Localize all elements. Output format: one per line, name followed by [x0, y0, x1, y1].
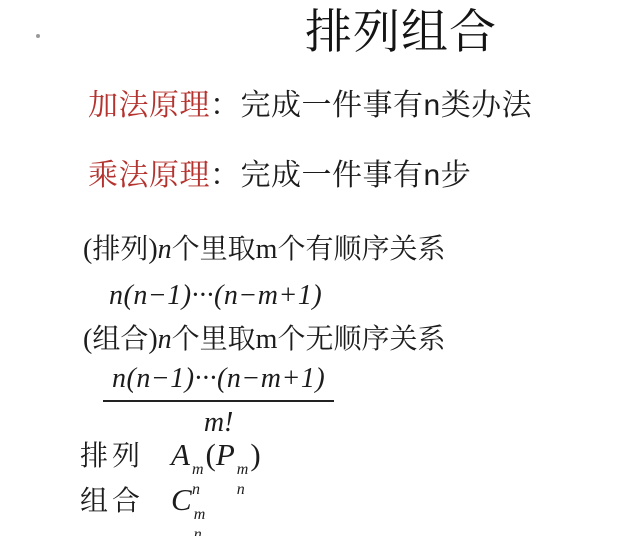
multiplication-principle-desc-pre: 完成一件事有 — [241, 159, 424, 192]
combination-note-var-n: n — [158, 324, 172, 355]
permutation-symbol-A: A — [171, 437, 190, 472]
permutation-symbol-P: P — [216, 437, 235, 472]
combination-note-mid: 个里取 — [172, 324, 256, 355]
combination-fraction: n(n−1)···(n−m+1) m! — [103, 362, 334, 439]
permutation-note-mid: 个里取 — [172, 234, 256, 265]
combination-notation-label: 组合 — [80, 486, 144, 517]
multiplication-principle-var-n: n — [424, 159, 441, 192]
superscript-m: m — [194, 507, 206, 523]
colon: ： — [210, 89, 241, 122]
speck-artifact — [36, 34, 40, 38]
combination-notation-row: 组合Cmn — [80, 481, 207, 536]
permutation-note-suffix: 个有顺序关系 — [277, 234, 445, 265]
combination-note-prefix: (组合) — [83, 324, 158, 355]
combination-note-line: (组合)n个里取m个无顺序关系 — [83, 323, 445, 357]
superscript-m: m — [192, 462, 204, 478]
slide-title: 排列组合 — [305, 5, 497, 61]
combination-note-suffix: 个无顺序关系 — [277, 324, 445, 355]
addition-principle-desc-post: 类办法 — [441, 89, 533, 122]
multiplication-principle-desc-post: 步 — [441, 159, 472, 192]
permutation-notation-label: 排列 — [80, 441, 144, 472]
combination-symbol-C: C — [171, 482, 192, 517]
permutation-note-var-m: m — [256, 234, 278, 265]
combination-C-scripts: mn — [194, 507, 206, 536]
permutation-P-scripts: mn — [237, 462, 249, 498]
permutation-note-line: (排列)n个里取m个有顺序关系 — [83, 233, 445, 267]
close-paren: ) — [250, 437, 260, 472]
multiplication-principle-line: 乘法原理：完成一件事有n步 — [88, 158, 471, 194]
fraction-numerator: n(n−1)···(n−m+1) — [103, 362, 334, 402]
superscript-m: m — [237, 462, 249, 478]
slide-canvas: 排列组合 加法原理：完成一件事有n类办法 乘法原理：完成一件事有n步 (排列)n… — [0, 0, 640, 536]
permutation-note-prefix: (排列) — [83, 234, 158, 265]
colon: ： — [210, 159, 241, 192]
subscript-n: n — [237, 482, 245, 498]
permutation-note-var-n: n — [158, 234, 172, 265]
subscript-n: n — [194, 527, 202, 536]
fraction-denominator: m! — [103, 402, 334, 440]
multiplication-principle-term: 乘法原理 — [88, 159, 210, 192]
addition-principle-line: 加法原理：完成一件事有n类办法 — [88, 88, 532, 124]
combination-note-var-m: m — [256, 324, 278, 355]
addition-principle-term: 加法原理 — [88, 89, 210, 122]
addition-principle-var-n: n — [424, 89, 441, 122]
addition-principle-desc-pre: 完成一件事有 — [241, 89, 424, 122]
permutation-formula: n(n−1)···(n−m+1) — [109, 279, 322, 313]
open-paren: ( — [206, 437, 216, 472]
